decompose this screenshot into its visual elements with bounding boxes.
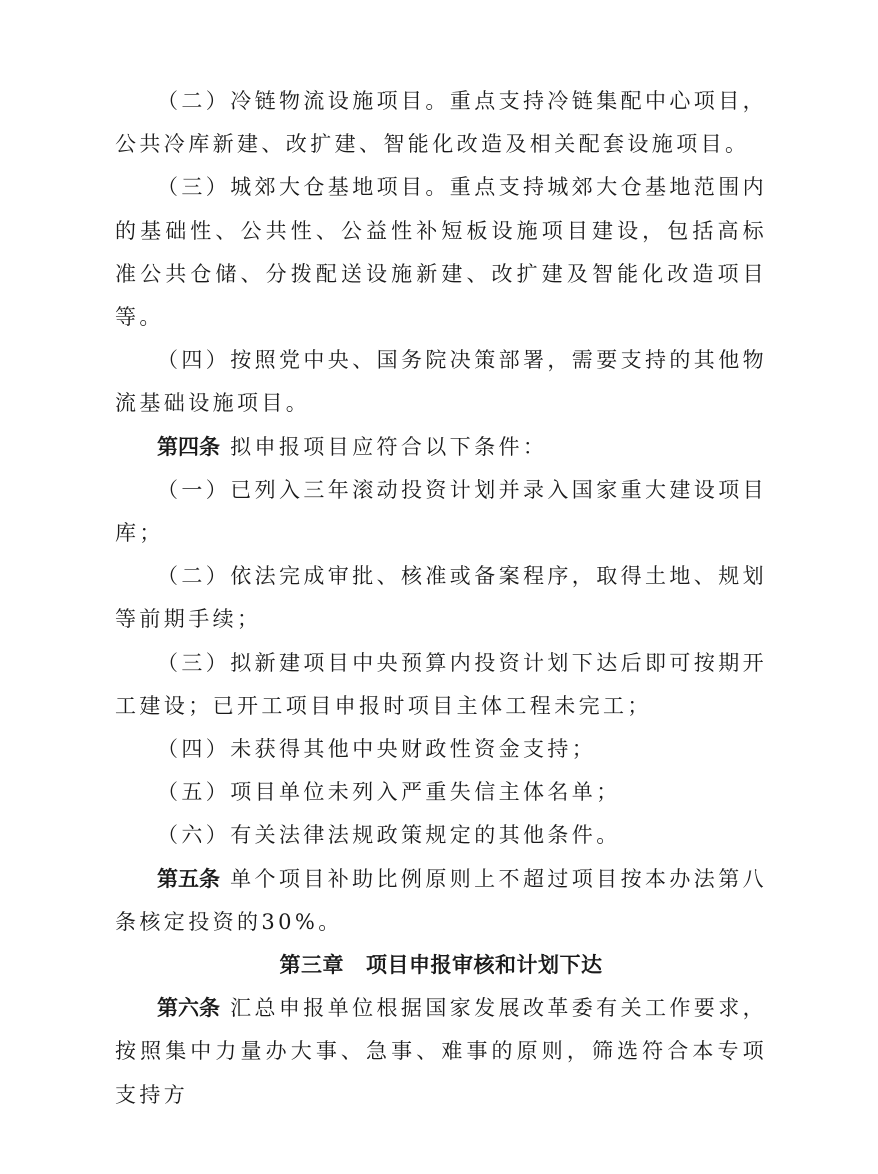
article-label: 第六条 bbox=[157, 996, 220, 1020]
chapter-heading: 第三章项目申报审核和计划下达 bbox=[115, 944, 767, 987]
paragraph-text: （一）已列入三年滚动投资计划并录入国家重大建设项目库； bbox=[115, 478, 767, 545]
paragraph-text: （三）拟新建项目中央预算内投资计划下达后即可按期开工建设；已开工项目申报时项目主… bbox=[115, 651, 767, 718]
condition-3: （三）拟新建项目中央预算内投资计划下达后即可按期开工建设；已开工项目申报时项目主… bbox=[115, 642, 767, 728]
paragraph-other-projects: （四）按照党中央、国务院决策部署，需要支持的其他物流基础设施项目。 bbox=[115, 339, 767, 425]
paragraph-text: （四）按照党中央、国务院决策部署，需要支持的其他物流基础设施项目。 bbox=[115, 348, 767, 415]
condition-5: （五）项目单位未列入严重失信主体名单； bbox=[115, 771, 767, 814]
article-label: 第五条 bbox=[157, 867, 220, 891]
chapter-number: 第三章 bbox=[280, 953, 345, 977]
article-5: 第五条 单个项目补助比例原则上不超过项目按本办法第八条核定投资的30%。 bbox=[115, 858, 767, 944]
condition-6: （六）有关法律法规政策规定的其他条件。 bbox=[115, 814, 767, 857]
paragraph-text: （三）城郊大仓基地项目。重点支持城郊大仓基地范围内的基础性、公共性、公益性补短板… bbox=[115, 175, 767, 329]
paragraph-text: （二）冷链物流设施项目。重点支持冷链集配中心项目，公共冷库新建、改扩建、智能化改… bbox=[115, 89, 767, 156]
article-4: 第四条 拟申报项目应符合以下条件： bbox=[115, 426, 767, 469]
article-label: 第四条 bbox=[157, 435, 220, 459]
paragraph-cold-chain: （二）冷链物流设施项目。重点支持冷链集配中心项目，公共冷库新建、改扩建、智能化改… bbox=[115, 80, 767, 166]
article-6: 第六条 汇总申报单位根据国家发展改革委有关工作要求，按照集中力量办大事、急事、难… bbox=[115, 987, 767, 1117]
condition-1: （一）已列入三年滚动投资计划并录入国家重大建设项目库； bbox=[115, 469, 767, 555]
paragraph-text: 拟申报项目应符合以下条件： bbox=[220, 435, 547, 459]
condition-2: （二）依法完成审批、核准或备案程序，取得土地、规划等前期手续； bbox=[115, 555, 767, 641]
paragraph-suburban-warehouse: （三）城郊大仓基地项目。重点支持城郊大仓基地范围内的基础性、公共性、公益性补短板… bbox=[115, 166, 767, 339]
paragraph-text: （二）依法完成审批、核准或备案程序，取得土地、规划等前期手续； bbox=[115, 564, 767, 631]
document-page: （二）冷链物流设施项目。重点支持冷链集配中心项目，公共冷库新建、改扩建、智能化改… bbox=[115, 80, 767, 1117]
condition-4: （四）未获得其他中央财政性资金支持； bbox=[115, 728, 767, 771]
chapter-title: 项目申报审核和计划下达 bbox=[366, 953, 603, 977]
paragraph-text: （六）有关法律法规政策规定的其他条件。 bbox=[157, 823, 621, 847]
paragraph-text: （四）未获得其他中央财政性资金支持； bbox=[157, 737, 596, 761]
paragraph-text: （五）项目单位未列入严重失信主体名单； bbox=[157, 780, 621, 804]
